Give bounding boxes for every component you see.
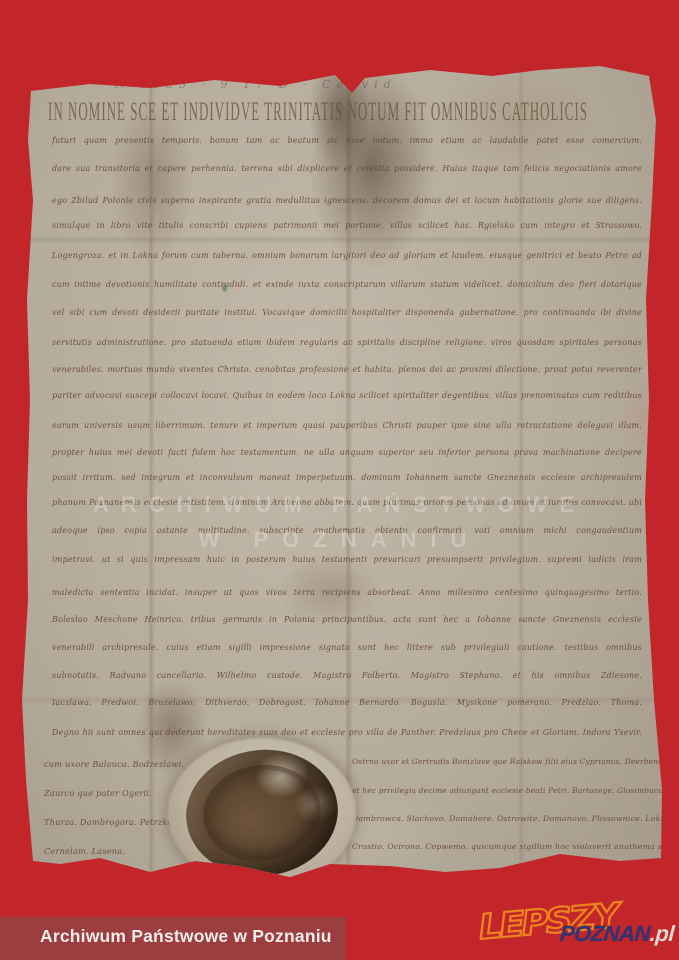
witness-line-right: Crostio. Ocirono. Copwemo. quicumque sig… [352,841,644,854]
ink-stain [222,284,227,292]
parchment-document: N 1153 · 9 17 D · Cenvid IN NOMINE SCE E… [0,0,679,960]
manuscript-line: servitutis administratione. pro statuend… [52,337,642,350]
manuscript-line: cum intime devotionis humilitate contrad… [52,279,642,292]
manuscript-line: venerabiles. mortuos mundo viventes Chri… [52,364,642,377]
witness-line-right: Dambrowca. Slachovo. Domabore. Ostrowite… [352,813,644,826]
manuscript-line: futuri quam presentis temporis. bonum ta… [52,135,642,148]
manuscript-line: possit irritum. sed integrum et inconvul… [52,472,642,485]
logo-poznan-pl: POZNAN.pl [559,921,675,947]
charter-heading-line: IN NOMINE SCE ET INDIVIDVE TRINITATIS NO… [48,96,588,128]
caption-bar: Archiwum Państwowe w Poznaniu [0,917,346,960]
manuscript-line: maledicta sententia incidat. insuper ut … [52,587,642,600]
witness-line-right: et hec privilegia decime adiungant eccle… [352,785,644,798]
manuscript-line: vel sibi cum devoti desiderii puritate i… [52,307,642,320]
manuscript-line: dare sua transitoria et capere perhennia… [52,163,642,176]
manuscript-line: Degno hii sunt omnes qui dederunt heredi… [52,727,642,740]
manuscript-line: venerabili archipresule. cuius etiam sig… [52,642,642,655]
archive-caption: Archiwum Państwowe w Poznaniu [40,926,332,947]
lepszypoznan-logo: Lepszy POZNAN.pl [479,906,677,960]
witness-line-left: cum uxore Balauca. Bodzezlawi. [44,758,194,771]
manuscript-line: ego Zbilud Polonie civis superna inspira… [52,195,642,208]
witness-line-left: Cernelam. Lasena. [44,845,194,858]
manuscript-line: simulque in libro vite titulis conscribi… [52,220,642,233]
manuscript-line: phanum Poznanensis ecclesie antistitem. … [52,497,642,510]
manuscript-line: propter huius mei devoti facti fidem hoc… [52,447,642,460]
manuscript-line: Boleslao Meschone Heinrico. tribus germa… [52,614,642,627]
manuscript-line: adeoque ipso copia astante multitudine. … [52,525,642,538]
archive-photo: N 1153 · 9 17 D · Cenvid IN NOMINE SCE E… [0,0,679,960]
manuscript-line: Iaczlawa. Predwoi. Bruzelawo. Dithverao.… [52,697,642,710]
logo-pl-text: .pl [649,921,675,946]
manuscript-line: earum universis usum liberrimum. tenure … [52,420,642,433]
manuscript-line: Logengroza. et in Lokna forum cum tabern… [52,250,642,263]
manuscript-line: subnotatis. Radvano cancellario. Wilhelm… [52,670,642,683]
manuscript-line: impetravi. ut si quis impressam huic in … [52,554,642,567]
witness-line-right: Ostrno uxor et Gertrudis Bonizlave que R… [352,756,644,769]
manuscript-line: pariter advocavi suscepi collocavi locav… [52,390,642,403]
archival-shelfmark-note: N 1153 · 9 17 D · Cenvid [115,78,445,91]
logo-poznan-text: POZNAN [559,921,651,946]
